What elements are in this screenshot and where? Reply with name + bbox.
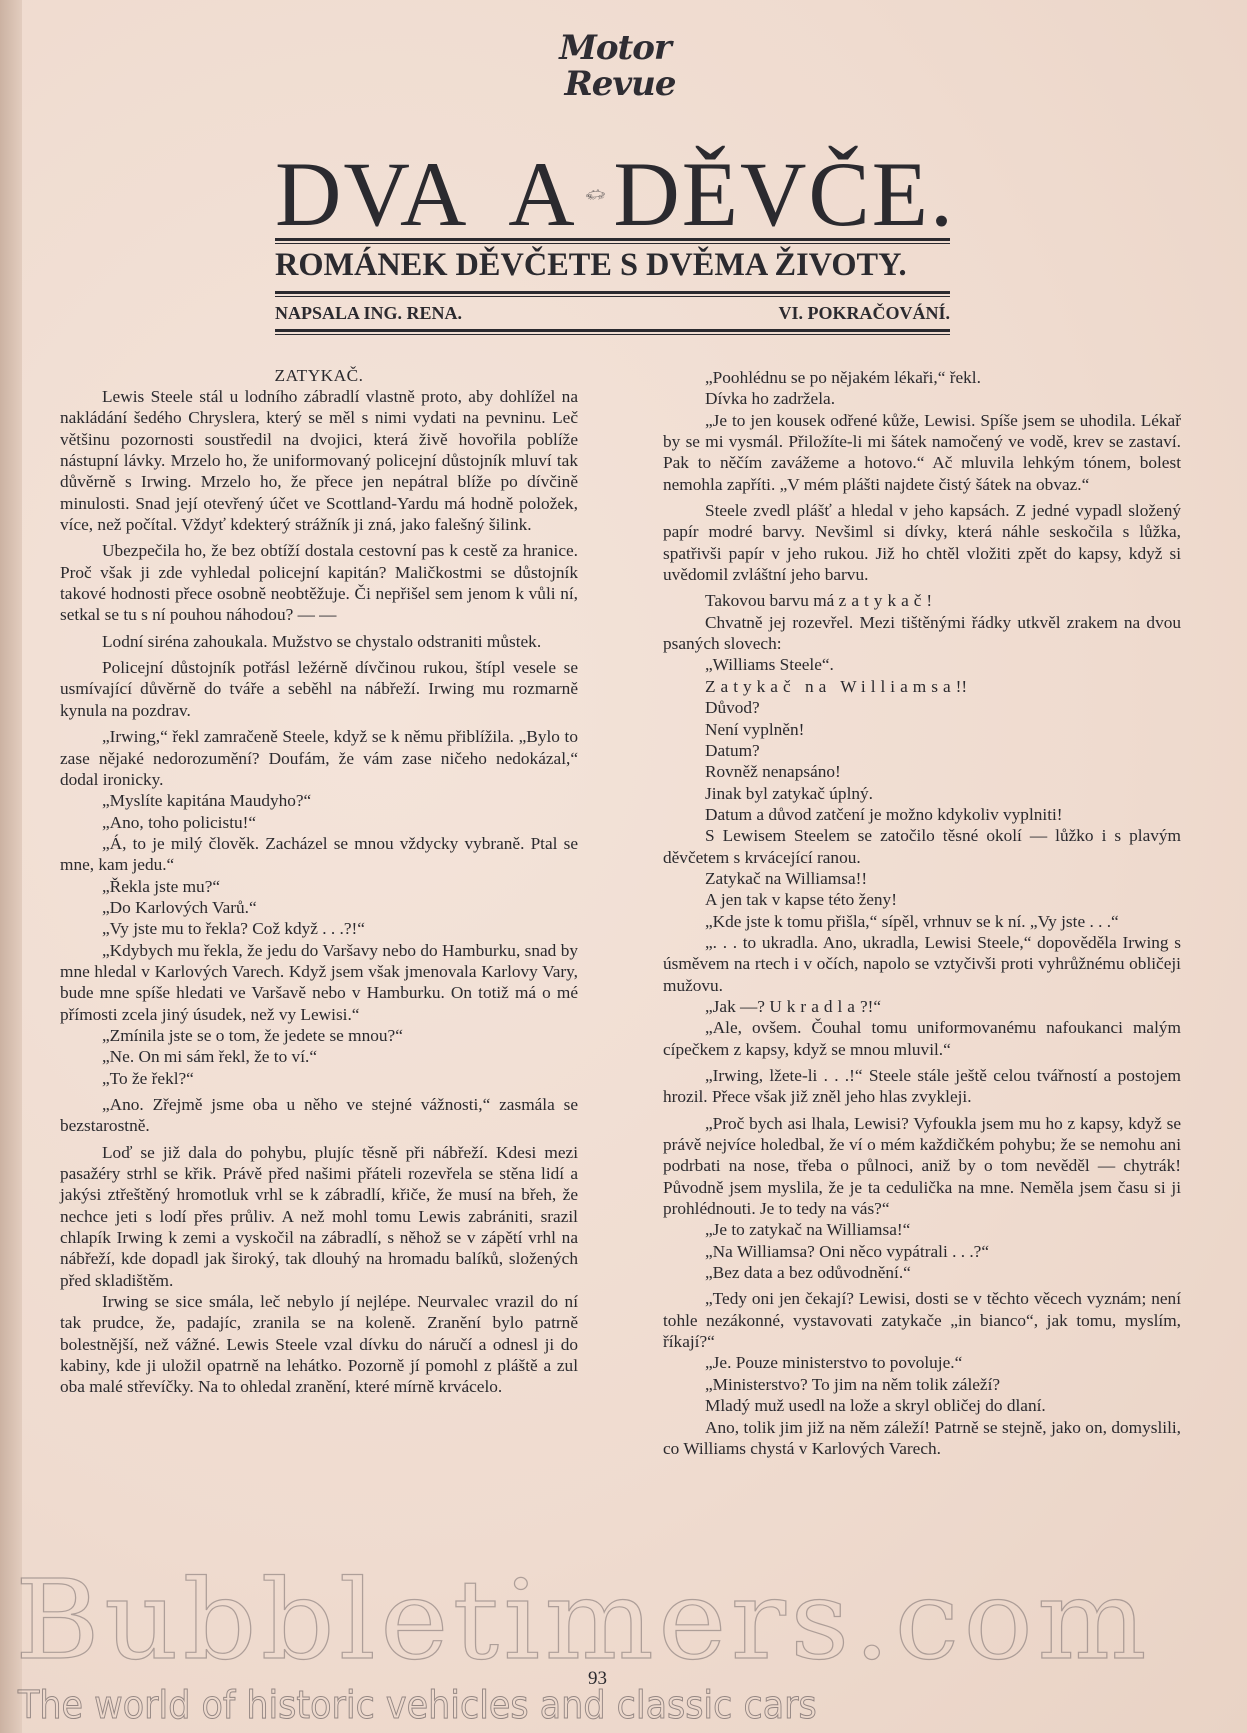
paragraph: Irwing se sice smála, leč nebylo jí nejl… bbox=[60, 1291, 578, 1398]
paragraph: Takovou barvu má zatykač! bbox=[663, 590, 1181, 611]
title-rule-top bbox=[275, 238, 950, 241]
paragraph: „Á, to je milý člověk. Zacházel se mnou … bbox=[60, 833, 578, 876]
paragraph: „Williams Steele“. bbox=[663, 654, 1181, 675]
paragraph: A jen tak v kapse této ženy! bbox=[663, 889, 1181, 910]
byline: NAPSALA ING. RENA. VI. POKRAČOVÁNÍ. bbox=[275, 303, 950, 324]
paragraph: „Ale, ovšem. Čouhal tomu uniformovanému … bbox=[663, 1017, 1181, 1060]
title-left: DVA A bbox=[275, 148, 577, 240]
paragraph: „Ano, toho policistu!“ bbox=[60, 812, 578, 833]
paragraph: „Ne. On mi sám řekl, že to ví.“ bbox=[60, 1046, 578, 1067]
emphasis-spaced: Ukradla bbox=[769, 997, 860, 1016]
paragraph: „Irwing, lžete-li . . .!“ Steele stále j… bbox=[663, 1065, 1181, 1108]
title-right: DĚVČE. bbox=[613, 148, 955, 240]
paragraph: Rovněž nenapsáno! bbox=[663, 761, 1181, 782]
right-paragraphs: „Poohlédnu se po nějakém lékaři,“ řekl.D… bbox=[663, 367, 1181, 1459]
paragraph: „Proč bych asi lhala, Lewisi? Vyfoukla j… bbox=[663, 1113, 1181, 1220]
paragraph: Zatykač na Williamsa!! bbox=[663, 868, 1181, 889]
paragraph: Jinak byl zatykač úplný. bbox=[663, 783, 1181, 804]
paragraph: „. . . to ukradla. Ano, ukradla, Lewisi … bbox=[663, 932, 1181, 996]
paragraph: Lodní siréna zahoukala. Mužstvo se chyst… bbox=[60, 631, 578, 652]
paragraph: Lewis Steele stál u lodního zábradlí vla… bbox=[60, 386, 578, 535]
page-binding-shadow bbox=[0, 0, 22, 1733]
paragraph: „Je to zatykač na Williamsa!“ bbox=[663, 1219, 1181, 1240]
paragraph: „Kde jste k tomu přišla,“ sípěl, vrhnuv … bbox=[663, 911, 1181, 932]
paragraph: Steele zvedl plášť a hledal v jeho kapsá… bbox=[663, 500, 1181, 585]
paragraph: „Irwing,“ řekl zamračeně Steele, když se… bbox=[60, 726, 578, 790]
paragraph: Datum? bbox=[663, 740, 1181, 761]
paragraph: „Tedy oni jen čekají? Lewisi, dosti se v… bbox=[663, 1288, 1181, 1352]
paragraph: „Bez data a bez odůvodnění.“ bbox=[663, 1262, 1181, 1283]
emphasis-spaced: Zatykač na Williamsa bbox=[705, 677, 956, 696]
paragraph: Ano, tolik jim již na něm záleží! Patrně… bbox=[663, 1417, 1181, 1460]
right-column: „Poohlédnu se po nějakém lékaři,“ řekl.D… bbox=[663, 367, 1181, 1459]
paragraph: Důvod? bbox=[663, 697, 1181, 718]
paragraph: Ubezpečila ho, že bez obtíží dostala ces… bbox=[60, 540, 578, 625]
subtitle-rule-thin bbox=[275, 296, 950, 297]
paragraph: Není vyplněn! bbox=[663, 719, 1181, 740]
watermark-slogan: The world of historic vehicles and class… bbox=[18, 1685, 817, 1725]
paragraph: „Jak —? Ukradla?!“ bbox=[663, 996, 1181, 1017]
paragraph: Chvatně jej rozevřel. Mezi tištěnými řád… bbox=[663, 612, 1181, 655]
paragraph: S Lewisem Steelem se zatočilo těsné okol… bbox=[663, 825, 1181, 868]
paragraph: „Na Williamsa? Oni něco vypátrali . . .?… bbox=[663, 1241, 1181, 1262]
paragraph: Mladý muž usedl na lože a skryl obličej … bbox=[663, 1395, 1181, 1416]
paragraph: „Kdybych mu řekla, že jedu do Varšavy ne… bbox=[60, 940, 578, 1025]
paragraph: „Je. Pouze ministerstvo to povoluje.“ bbox=[663, 1352, 1181, 1373]
article-subtitle: ROMÁNEK DĚVČETE S DVĚMA ŽIVOTY. bbox=[275, 247, 937, 284]
title-rule-top-thin bbox=[275, 243, 950, 244]
paragraph: „Do Karlových Varů.“ bbox=[60, 897, 578, 918]
paragraph: „Zmínila jste se o tom, že jedete se mno… bbox=[60, 1025, 578, 1046]
paragraph: „Řekla jste mu?“ bbox=[60, 876, 578, 897]
paragraph: Dívka ho zadržela. bbox=[663, 388, 1181, 409]
paragraph: „Ano. Zřejmě jsme oba u něho ve stejné v… bbox=[60, 1094, 578, 1137]
paragraph: Policejní důstojník potřásl ležérně dívč… bbox=[60, 657, 578, 721]
magazine-logo: Motor Revue bbox=[540, 30, 690, 102]
logo-line-motor: Motor bbox=[559, 28, 671, 68]
article-title: DVA A DĚVČE. bbox=[275, 140, 955, 240]
byline-rule-thin bbox=[275, 334, 950, 335]
section-heading: ZATYKAČ. bbox=[60, 365, 578, 386]
left-column: ZATYKAČ. Lewis Steele stál u lodního záb… bbox=[60, 365, 578, 1398]
paragraph: „Vy jste mu to řekla? Což když . . .?!“ bbox=[60, 918, 578, 939]
left-paragraphs: Lewis Steele stál u lodního zábradlí vla… bbox=[60, 386, 578, 1398]
installment: VI. POKRAČOVÁNÍ. bbox=[778, 303, 950, 324]
paragraph: Zatykač na Williamsa!! bbox=[663, 676, 1181, 697]
car-icon bbox=[585, 154, 606, 234]
paragraph: „Poohlédnu se po nějakém lékaři,“ řekl. bbox=[663, 367, 1181, 388]
byline-rule bbox=[275, 329, 950, 332]
emphasis-spaced: zatykač bbox=[839, 591, 927, 610]
logo-line-revue: Revue bbox=[550, 66, 690, 102]
watermark-site: Bubbletimers.com bbox=[15, 1565, 1151, 1675]
paragraph: „Myslíte kapitána Maudyho?“ bbox=[60, 790, 578, 811]
paragraph: Datum a důvod zatčení je možno kdykoliv … bbox=[663, 804, 1181, 825]
paragraph: „To že řekl?“ bbox=[60, 1068, 578, 1089]
paragraph: „Je to jen kousek odřené kůže, Lewisi. S… bbox=[663, 410, 1181, 495]
subtitle-rule bbox=[275, 291, 950, 294]
paragraph: Loď se již dala do pohybu, plujíc těsně … bbox=[60, 1142, 578, 1291]
author: NAPSALA ING. RENA. bbox=[275, 303, 462, 324]
paragraph: „Ministerstvo? To jim na něm tolik zálež… bbox=[663, 1374, 1181, 1395]
